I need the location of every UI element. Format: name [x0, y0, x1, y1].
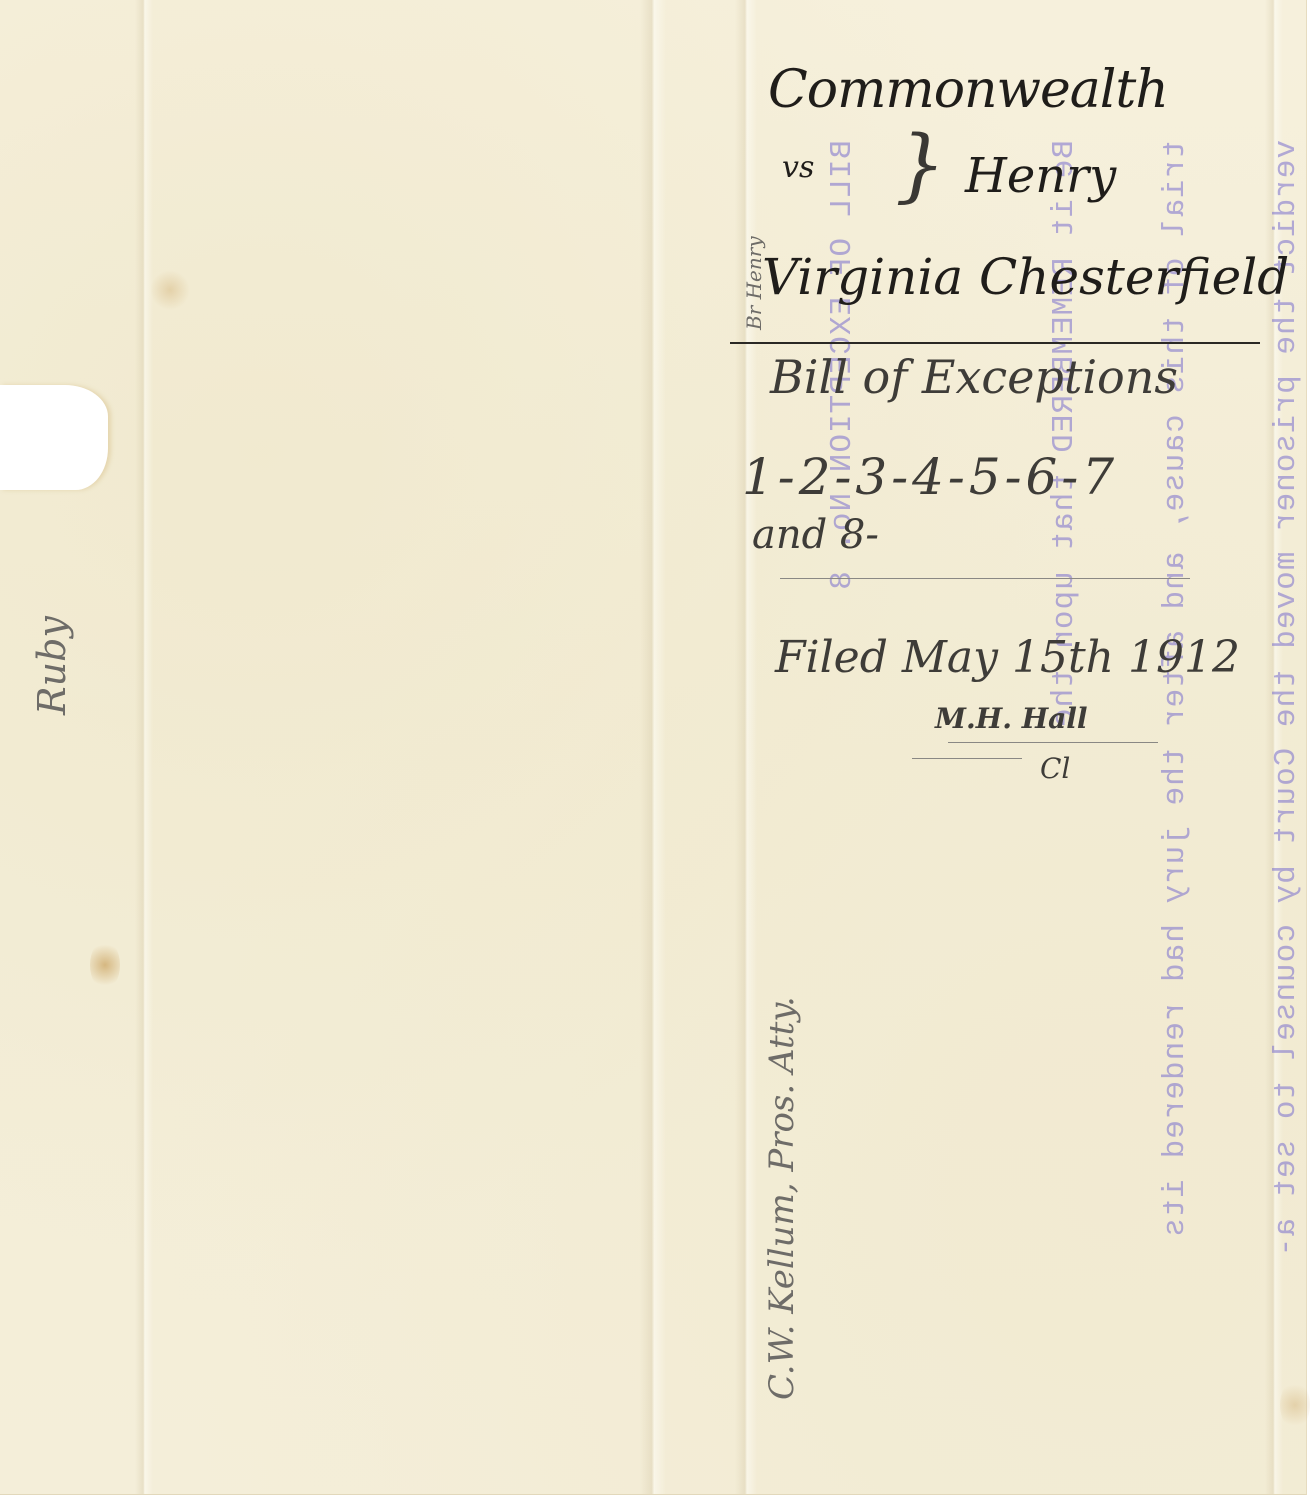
margin-note: Br Henry [742, 236, 766, 330]
typed-line: trial of this cause, and after the jury … [1157, 140, 1194, 1330]
paper-fold [640, 0, 666, 1494]
stain [150, 270, 190, 310]
divider-line [730, 342, 1260, 344]
clerk-signature: M.H. Hall [935, 702, 1088, 735]
bleed-through-typed-text: BILL OF EXCEPTION No. 8 Be it REMEMBERED… [750, 140, 1316, 1330]
signature-underline [948, 742, 1158, 743]
document-page: BILL OF EXCEPTION No. 8 Be it REMEMBERED… [0, 0, 1307, 1495]
clerk-suffix: Cl [1040, 752, 1070, 785]
divider-line [780, 578, 1190, 579]
typed-line: BILL OF EXCEPTION No. 8 [824, 140, 861, 1330]
stain [1280, 1380, 1310, 1430]
torn-hole [0, 385, 108, 490]
typed-line [935, 140, 972, 1330]
filed-date: Filed May 15th 1912 [775, 632, 1240, 683]
typed-line: verdict the prisoner moved the Court by … [1268, 140, 1305, 1330]
court-location: Virginia Chesterfield [762, 248, 1289, 306]
bracket-mark: } [895, 118, 946, 211]
case-defendant: Henry [965, 148, 1116, 204]
paper-fold [135, 0, 153, 1494]
exception-numbers: 1-2-3-4-5-6-7 [742, 448, 1118, 506]
document-title: Bill of Exceptions [770, 350, 1178, 404]
case-plaintiff: Commonwealth [768, 60, 1168, 120]
stain [90, 940, 120, 990]
exception-numbers-cont: and 8- [752, 512, 879, 558]
margin-initials: Ruby [30, 616, 74, 715]
versus-mark: vs [782, 150, 814, 185]
typed-line: Be it REMEMBERED that upon the [1046, 140, 1083, 1330]
signature-underline [912, 758, 1022, 759]
prosecutor-note: C.W. Kellum, Pros. Atty. [762, 996, 802, 1400]
